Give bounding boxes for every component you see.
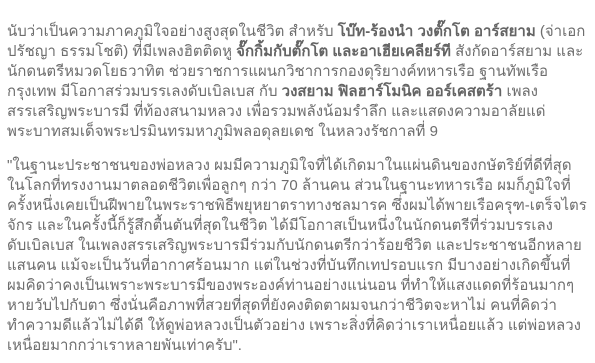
orchestra-name-bold: วงสยาม ฟิลฮาร์โมนิค ออร์เคสตร้า	[282, 83, 503, 100]
page: { "page": { "background_color": "#ffffff…	[0, 0, 595, 363]
text-segment: นับว่าเป็นความภาคภูมิใจอย่างสูงสุดในชีวิ…	[7, 23, 338, 40]
article-body: นับว่าเป็นความภาคภูมิใจอย่างสูงสุดในชีวิ…	[0, 0, 595, 356]
paragraph-quote: "ในฐานะประชาชนของพ่อหลวง ผมมีความภูมิใจท…	[7, 156, 587, 356]
artist-name-bold: โบ๊ท-ร้องนำ วงตั๊กโต อาร์สยาม	[338, 23, 536, 40]
paragraph-intro: นับว่าเป็นความภาคภูมิใจอย่างสูงสุดในชีวิ…	[7, 22, 587, 142]
song-titles-bold: จั๊กกิ้มกับตั๊กโต และอาเฮียเคลียร์ที	[236, 43, 451, 60]
text-segment: "ในฐานะประชาชนของพ่อหลวง ผมมีความภูมิใจท…	[7, 157, 587, 354]
